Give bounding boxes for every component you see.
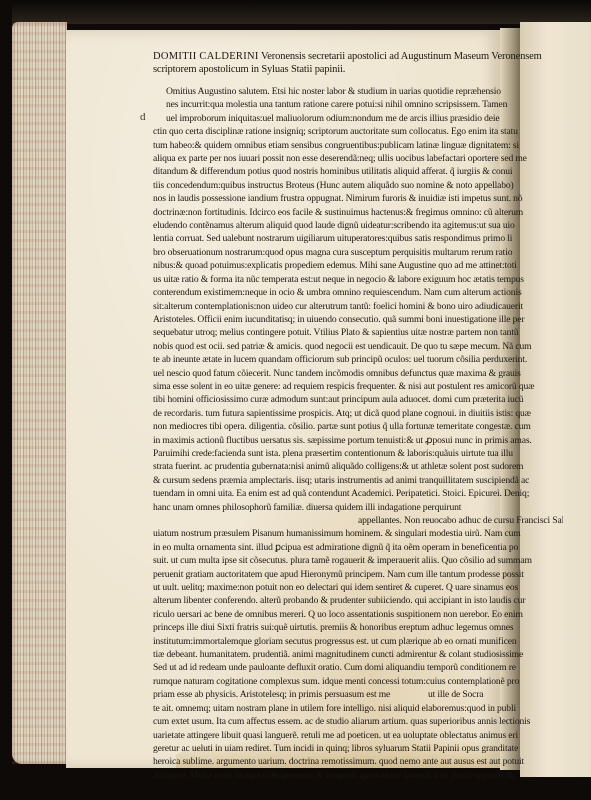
text-line: nos in laudis possessione iandium frustr… bbox=[153, 192, 563, 205]
text-block: DOMITII CALDERINI Veronensis secretarii … bbox=[153, 50, 563, 782]
text-line: peruenit gratiam auctoritatem que apud H… bbox=[153, 568, 563, 581]
body-lines-1: Omitius Augustino salutem. Etsi hic nost… bbox=[153, 85, 563, 514]
heading: DOMITII CALDERINI Veronensis secretarii … bbox=[153, 50, 563, 76]
text-line: nobis quod est ocii. sed patriæ & amicis… bbox=[153, 340, 563, 353]
text-line: Aristoteles. Officii enim iucunditatisq;… bbox=[153, 313, 563, 326]
text-line: uel improborum iniquitas:uel maliuolorum… bbox=[153, 112, 563, 125]
text-line: attingere. Multa enim incrant cum uetust… bbox=[153, 769, 563, 782]
text-line: uel nescio quod fatum cõiecerit. Nunc ta… bbox=[153, 367, 563, 380]
text-line: te ait. omnemq; uitam nostram plane in u… bbox=[153, 702, 563, 715]
text-line: Sed ut ad id redeam unde pauloante deflu… bbox=[153, 661, 563, 674]
text-line: conterendum existimem:neque in ocio & um… bbox=[153, 286, 563, 299]
text-line: suit. ut cum multa ipse sit cõsecutus. p… bbox=[153, 554, 563, 567]
socrates-tail-line: priam esse ab physicis. Aristotelesq; in… bbox=[153, 688, 563, 701]
text-line: tiis concedendum:quibus instructus Brote… bbox=[153, 179, 563, 192]
text-line: uiatum nostrum præsulem Pisanum humaniss… bbox=[153, 527, 563, 540]
gap-line: appellantes. Non reuocabo adhuc de cursu… bbox=[153, 514, 563, 527]
text-line: hanc unam omnes philosophorũ familiæ. di… bbox=[153, 501, 563, 514]
text-line: & cursum sedens præmia amplectaris. iisq… bbox=[153, 474, 563, 487]
text-line: nibus:& quoad potuimus:explicatis proped… bbox=[153, 259, 563, 272]
text-line: eludendo contẽnamus alterum aliquid quod… bbox=[153, 219, 563, 232]
body-lines-2: uiatum nostrum præsulem Pisanum humaniss… bbox=[153, 527, 563, 688]
page-edges bbox=[12, 22, 67, 764]
text-line: priam esse ab physicis. Aristotelesq; in… bbox=[153, 689, 390, 700]
text-line: heroica sublime. argumento uarium. doctr… bbox=[153, 755, 563, 768]
text-line: geretur ac ueluti in uiam rediret. Tum i… bbox=[153, 742, 563, 755]
text-line: te ab ineunte ætate in lucem quandam off… bbox=[153, 353, 563, 366]
text-line: non mediocres tibi opera. diligentia. cõ… bbox=[153, 420, 563, 433]
binding-shadow bbox=[12, 0, 591, 24]
text-line: tibi homini officiosissimo curæ admodum … bbox=[153, 393, 563, 406]
text-line: ctin quo certa disciplinæ ratione insign… bbox=[153, 125, 563, 138]
text-line: Omitius Augustino salutem. Etsi hic nost… bbox=[153, 85, 563, 98]
heading-line-1: DOMITII CALDERINI Veronensis secretarii … bbox=[153, 50, 563, 63]
body-text: d Omitius Augustino salutem. Etsi hic no… bbox=[153, 85, 563, 782]
text-line: tuendam in omni uita. Ea enim est ad quã… bbox=[153, 487, 563, 500]
body-lines-3: te ait. omnemq; uitam nostram plane in u… bbox=[153, 702, 563, 782]
text-line: riculo uersari ac bene de omnibus mereri… bbox=[153, 608, 563, 621]
text-line: in maximis actionũ fluctibus uersatus si… bbox=[153, 434, 563, 447]
text-line: lentia corruat. Sed ualebunt nostrarum u… bbox=[153, 232, 563, 245]
text-line: tum habeo:& quidem omnibus etiam sensibu… bbox=[153, 139, 563, 152]
text-line: ditandum & differendum potius quod nostr… bbox=[153, 165, 563, 178]
text-line: sequebatur utroq; melius contingere potu… bbox=[153, 326, 563, 339]
text-line: strata fuerint. ac prudentia gubernata:n… bbox=[153, 460, 563, 473]
text-line: ut uult. uelitq; maxime:non potuit non e… bbox=[153, 581, 563, 594]
text-line: bro obseruationum nostrarum:quod opus ma… bbox=[153, 246, 563, 259]
text-line: nes incurrit:qua molestia una tantum rat… bbox=[153, 98, 563, 111]
author-name: DOMITII CALDERINI bbox=[153, 51, 259, 62]
text-line: aliqua ex parte per nos iuuari possit no… bbox=[153, 152, 563, 165]
text-line: institutum:immortalemque gloriam secutus… bbox=[153, 635, 563, 648]
text-line: in eo multa ornamenta sint. illud ꝑcipua… bbox=[153, 541, 563, 554]
text-line: de recordaris. tum futura sapientissime … bbox=[153, 407, 563, 420]
text-line: tiæ debeant. humanitatem. prudentiã. ani… bbox=[153, 648, 563, 661]
book-scan: DOMITII CALDERINI Veronensis secretarii … bbox=[0, 0, 591, 800]
text-line: Paruimihi crede:facienda sunt ista. plen… bbox=[153, 447, 563, 460]
text-line: cum extet usum. Ita cum affectus essem. … bbox=[153, 715, 563, 728]
text-line: doctrinæ:non fortitudinis. Idcirco eos f… bbox=[153, 206, 563, 219]
text-line: us uitæ ratio & forma ita nũc temperata … bbox=[153, 273, 563, 286]
text-line: alterum libenter conferendo. alterũ prob… bbox=[153, 594, 563, 607]
text-line: uarietate attingere libuit quasi languer… bbox=[153, 729, 563, 742]
text-line: sima esse solent in eo uitæ genere: ad r… bbox=[153, 380, 563, 393]
guide-letter: d bbox=[140, 111, 145, 124]
text-line: rumque naturam cogitatione complexus sum… bbox=[153, 675, 563, 688]
text-line: princeps ille diui Sixti fratris sui:quẽ… bbox=[153, 621, 563, 634]
text-line: sit:alterum contemplationis:non uideo cu… bbox=[153, 300, 563, 313]
heading-line-2: scriptorem apostolicum in Syluas Statii … bbox=[153, 63, 563, 76]
